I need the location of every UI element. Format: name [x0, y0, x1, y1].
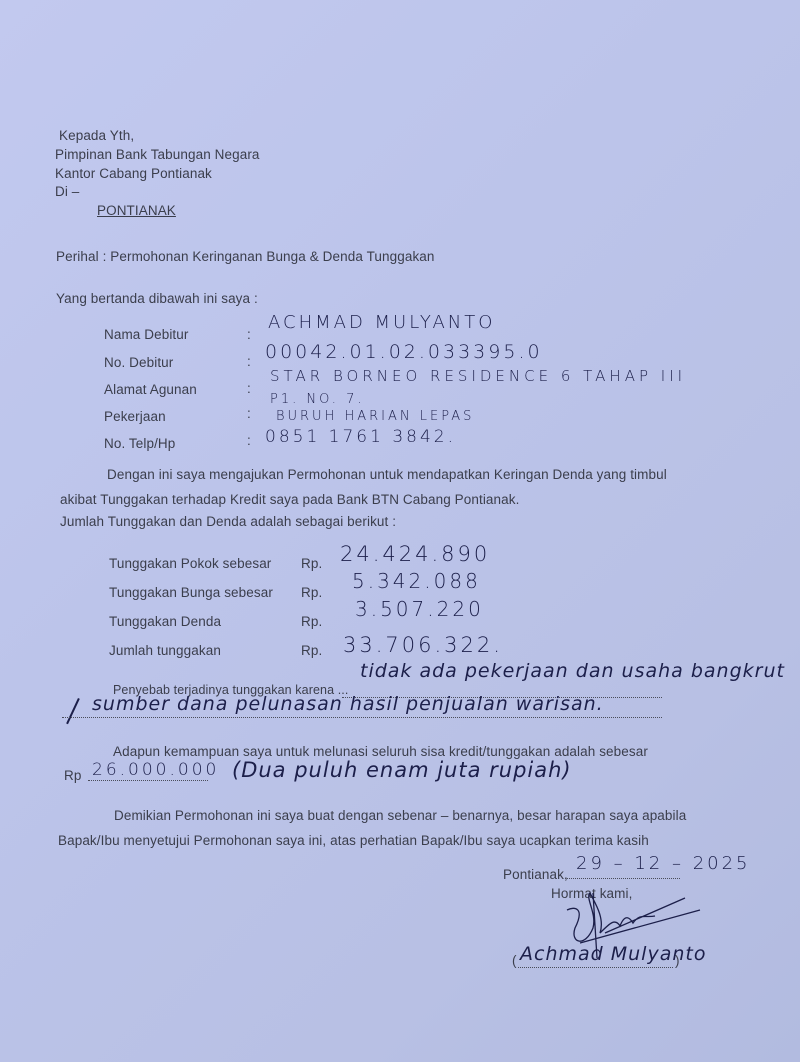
arrears-value-denda: 3.507.220: [355, 597, 484, 621]
subject-line: Perihal : Permohonan Keringanan Bunga & …: [56, 249, 435, 264]
arrears-value-pokok: 24.424.890: [340, 542, 490, 566]
cause-handwritten-line2: sumber dana pelunasan hasil penjualan wa…: [92, 693, 604, 715]
ability-dotted-line: [88, 780, 208, 781]
recipient-line-bank: Pimpinan Bank Tabungan Negara: [55, 147, 260, 162]
field-label-alamat-agunan: Alamat Agunan: [104, 382, 197, 397]
signature-place: Pontianak,: [503, 867, 568, 882]
field-colon: :: [247, 327, 251, 342]
arrears-label-denda: Tunggakan Denda: [109, 614, 221, 629]
arrears-currency: Rp.: [301, 643, 322, 658]
arrears-label-jumlah: Jumlah tunggakan: [109, 643, 221, 658]
recipient-line-branch: Kantor Cabang Pontianak: [55, 166, 212, 181]
field-label-nama-debitur: Nama Debitur: [104, 327, 188, 342]
field-value-alamat-agunan: STAR BORNEO RESIDENCE 6 TAHAP III: [270, 367, 686, 385]
arrears-value-jumlah: 33.706.322.: [343, 633, 503, 657]
body-para1-line1: Dengan ini saya mengajukan Permohonan un…: [107, 467, 667, 482]
closing-line2: Bapak/Ibu menyetujui Permohonan saya ini…: [58, 833, 649, 848]
field-value-pekerjaan: BURUH HARIAN LEPAS: [276, 409, 474, 424]
field-label-no-debitur: No. Debitur: [104, 355, 173, 370]
closing-line1: Demikian Permohonan ini saya buat dengan…: [114, 808, 686, 823]
field-colon: :: [247, 406, 251, 421]
ability-amount-words: (Dua puluh enam juta rupiah): [232, 758, 572, 782]
body-para1-line3: Jumlah Tunggakan dan Denda adalah sebaga…: [60, 514, 396, 529]
field-label-no-telp: No. Telp/Hp: [104, 436, 175, 451]
cause-handwritten-line1: tidak ada pekerjaan dan usaha bangkrut: [360, 660, 785, 682]
field-value-nama-debitur: ACHMAD MULYANTO: [268, 312, 495, 333]
field-colon: :: [247, 381, 251, 396]
signature-date-dotted-line: [565, 878, 680, 879]
cause-dotted-line-2: [62, 717, 662, 718]
field-value-alamat-agunan-line2: P1. NO. 7.: [270, 392, 364, 407]
recipient-city: PONTIANAK: [97, 203, 176, 218]
field-label-pekerjaan: Pekerjaan: [104, 409, 166, 424]
ability-currency: Rp: [64, 768, 81, 783]
salutation: Kepada Yth,: [59, 128, 134, 143]
body-para1-line2: akibat Tunggakan terhadap Kredit saya pa…: [60, 492, 519, 507]
arrears-currency: Rp.: [301, 585, 322, 600]
signature-name-dotted-line: [518, 967, 673, 968]
pen-slash-mark: [66, 698, 79, 724]
arrears-label-bunga: Tunggakan Bunga sebesar: [109, 585, 273, 600]
arrears-currency: Rp.: [301, 614, 322, 629]
signature-date: 29 – 12 – 2025: [576, 853, 751, 874]
field-colon: :: [247, 354, 251, 369]
signature-open-paren: (: [512, 953, 517, 968]
ability-text: Adapun kemampuan saya untuk melunasi sel…: [113, 744, 648, 759]
arrears-currency: Rp.: [301, 556, 322, 571]
arrears-label-pokok: Tunggakan Pokok sebesar: [109, 556, 271, 571]
intro-line: Yang bertanda dibawah ini saya :: [56, 291, 258, 306]
field-colon: :: [247, 433, 251, 448]
field-value-no-debitur: 00042.01.02.033395.0: [265, 341, 543, 363]
ability-amount: 26.000.000: [92, 760, 219, 780]
arrears-value-bunga: 5.342.088: [352, 569, 481, 593]
recipient-line-di: Di –: [55, 184, 79, 199]
signature-close-paren: ): [675, 953, 680, 968]
field-value-no-telp: 0851 1761 3842.: [265, 427, 456, 447]
